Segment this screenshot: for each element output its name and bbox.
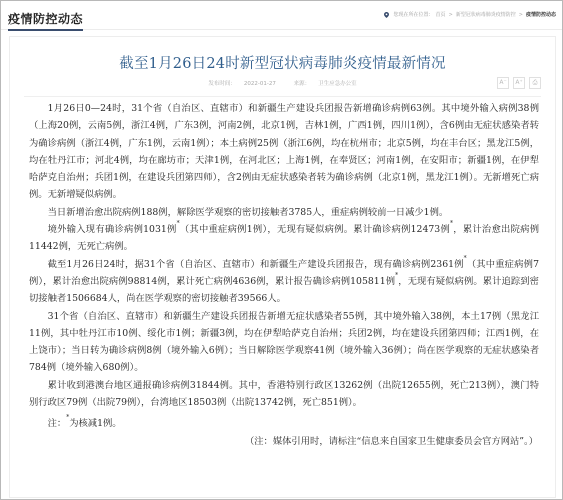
source-label: 来源： <box>294 81 311 87</box>
top-bar: 疫情防控动态 您现在所在位置： 首页 > 新型冠状病毒肺炎疫情防控 > 疫情防控… <box>1 1 562 30</box>
source-value: 卫生应急办公室 <box>318 81 357 87</box>
page-frame: 疫情防控动态 您现在所在位置： 首页 > 新型冠状病毒肺炎疫情防控 > 疫情防控… <box>0 0 563 500</box>
font-decrease-button[interactable]: A⁻ <box>497 77 509 89</box>
paragraph-recoveries: 当日新增治愈出院病例188例，解除医学观察的密切接触者3785人，重症病例较前一… <box>29 204 539 221</box>
font-increase-button[interactable]: A⁺ <box>513 77 525 89</box>
paragraph-hk-macau-taiwan: 累计收到港澳台地区通报确诊病例31844例。其中，香港特别行政区13262例（出… <box>29 377 539 412</box>
article-card: 截至1月26日24时新型冠状病毒肺炎疫情最新情况 发布时间：2022-01-27… <box>9 36 556 498</box>
breadcrumb-prefix: 您现在所在位置： <box>394 11 434 18</box>
breadcrumb-home[interactable]: 首页 <box>436 11 446 18</box>
publish-label: 发布时间： <box>208 81 236 87</box>
breadcrumb-separator: > <box>448 12 454 18</box>
paragraph-new-cases: 1月26日0—24时，31个省（自治区、直辖市）和新疆生产建设兵团报告新增确诊病… <box>29 100 539 204</box>
paragraph-cumulative: 截至1月26日24时，据31个省（自治区、直辖市）和新疆生产建设兵团报告，现有确… <box>29 256 539 308</box>
font-increase-icon: A⁺ <box>515 79 522 86</box>
breadcrumb-covid-prevention[interactable]: 新型冠状病毒肺炎疫情防控 <box>456 11 516 18</box>
paragraph-asymptomatic: 31个省（自治区、直辖市）和新疆生产建设兵团报告新增无症状感染者55例，其中境外… <box>29 308 539 377</box>
paragraph-imported-cases: 境外输入现有确诊病例1031例*（其中重症病例1例），无现有疑似病例。累计确诊病… <box>29 221 539 256</box>
publish-date: 2022-01-27 <box>244 81 276 87</box>
print-icon: ⎙ <box>533 79 538 86</box>
location-pin-icon <box>384 12 389 18</box>
font-decrease-icon: A⁻ <box>499 79 506 86</box>
article-tools: A⁻ A⁺ ⎙ <box>497 77 541 89</box>
article-title: 截至1月26日24时新型冠状病毒肺炎疫情最新情况 <box>10 52 555 73</box>
print-button[interactable]: ⎙ <box>529 77 541 89</box>
media-citation-note: （注：媒体引用时，请标注“信息来自国家卫生健康委员会官方网站”。） <box>245 433 538 447</box>
breadcrumb: 您现在所在位置： 首页 > 新型冠状病毒肺炎疫情防控 > 疫情防控动态 <box>384 11 556 18</box>
article-meta: 发布时间：2022-01-27 来源：卫生应急办公室 <box>10 79 555 87</box>
breadcrumb-separator: > <box>518 12 524 18</box>
breadcrumb-current[interactable]: 疫情防控动态 <box>526 11 556 18</box>
asterisk-note: 注：*为核减1例。 <box>29 415 539 432</box>
section-title: 疫情防控动态 <box>8 10 83 31</box>
title-divider <box>24 96 541 97</box>
article-body: 1月26日0—24时，31个省（自治区、直辖市）和新疆生产建设兵团报告新增确诊病… <box>29 100 539 433</box>
